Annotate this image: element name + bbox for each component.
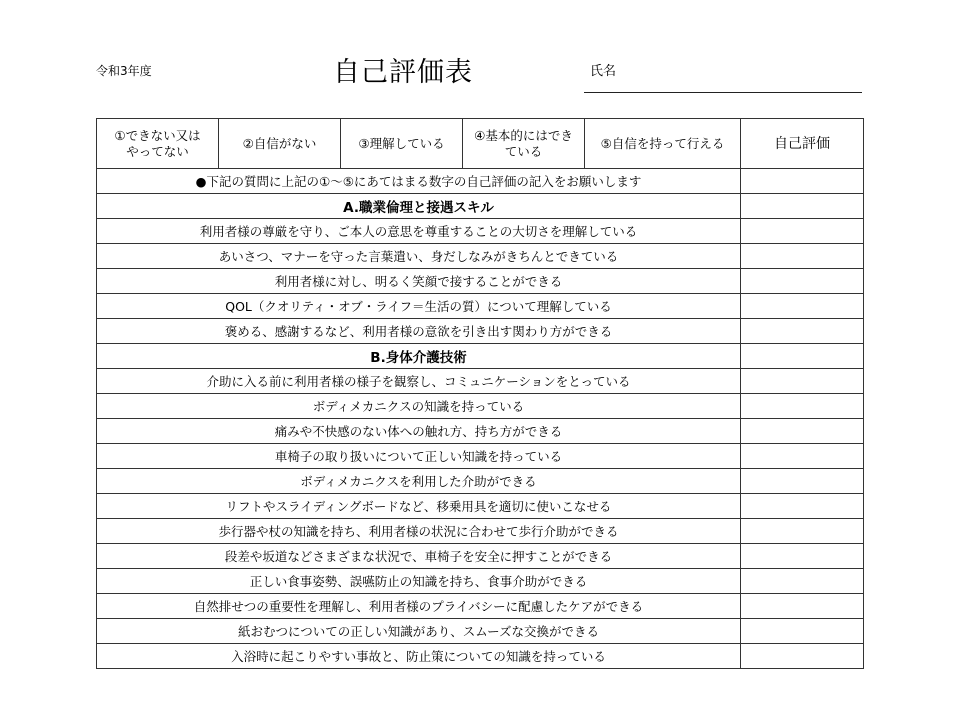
self-evaluation-table: ①できない又はやってない ②自信がない ③理解している ④基本的にはできている … <box>96 118 864 669</box>
name-label: 氏名 <box>590 60 616 79</box>
fiscal-year-label: 令和3年度 <box>96 62 152 79</box>
question-row: 利用者様の尊厳を守り、ご本人の意思を尊重することの大切さを理解している <box>97 219 864 244</box>
question-text: 褒める、感謝するなど、利用者様の意欲を引き出す関わり方ができる <box>97 319 741 344</box>
section-eval-cell <box>741 344 864 369</box>
question-row: 褒める、感謝するなど、利用者様の意欲を引き出す関わり方ができる <box>97 319 864 344</box>
scale-header-row: ①できない又はやってない ②自信がない ③理解している ④基本的にはできている … <box>97 119 864 169</box>
self-evaluation-input[interactable] <box>741 319 864 344</box>
question-row: あいさつ、マナーを守った言葉遣い、身だしなみがきちんとできている <box>97 244 864 269</box>
question-text: 歩行器や杖の知識を持ち、利用者様の状況に合わせて歩行介助ができる <box>97 519 741 544</box>
question-row: 段差や坂道などさまざまな状況で、車椅子を安全に押すことができる <box>97 544 864 569</box>
section-title: A.職業倫理と接遇スキル <box>97 194 741 219</box>
section-header-row: A.職業倫理と接遇スキル <box>97 194 864 219</box>
instruction-eval-cell <box>741 169 864 194</box>
question-row: ボディメカニクスを利用した介助ができる <box>97 469 864 494</box>
instruction-text: ●下記の質問に上記の①～⑤にあてはまる数字の自己評価の記入をお願いします <box>97 169 741 194</box>
question-text: 段差や坂道などさまざまな状況で、車椅子を安全に押すことができる <box>97 544 741 569</box>
page-title: 自己評価表 <box>333 50 473 89</box>
question-text: 入浴時に起こりやすい事故と、防止策についての知識を持っている <box>97 644 741 669</box>
question-text: あいさつ、マナーを守った言葉遣い、身だしなみがきちんとできている <box>97 244 741 269</box>
self-evaluation-input[interactable] <box>741 444 864 469</box>
scale-5: ⑤自信を持って行える <box>585 119 741 169</box>
question-row: 歩行器や杖の知識を持ち、利用者様の状況に合わせて歩行介助ができる <box>97 519 864 544</box>
question-row: 自然排せつの重要性を理解し、利用者様のプライバシーに配慮したケアができる <box>97 594 864 619</box>
self-evaluation-input[interactable] <box>741 494 864 519</box>
question-row: 正しい食事姿勢、誤嚥防止の知識を持ち、食事介助ができる <box>97 569 864 594</box>
scale-3: ③理解している <box>341 119 463 169</box>
question-text: リフトやスライディングボードなど、移乗用具を適切に使いこなせる <box>97 494 741 519</box>
self-evaluation-input[interactable] <box>741 394 864 419</box>
question-row: リフトやスライディングボードなど、移乗用具を適切に使いこなせる <box>97 494 864 519</box>
scale-2: ②自信がない <box>219 119 341 169</box>
self-evaluation-input[interactable] <box>741 519 864 544</box>
self-evaluation-input[interactable] <box>741 219 864 244</box>
self-evaluation-input[interactable] <box>741 594 864 619</box>
section-title: B.身体介護技術 <box>97 344 741 369</box>
question-text: 利用者様の尊厳を守り、ご本人の意思を尊重することの大切さを理解している <box>97 219 741 244</box>
self-evaluation-input[interactable] <box>741 244 864 269</box>
section-eval-cell <box>741 194 864 219</box>
self-evaluation-input[interactable] <box>741 419 864 444</box>
question-text: 自然排せつの重要性を理解し、利用者様のプライバシーに配慮したケアができる <box>97 594 741 619</box>
scale-1: ①できない又はやってない <box>97 119 219 169</box>
self-evaluation-header: 自己評価 <box>741 119 864 169</box>
question-text: 介助に入る前に利用者様の様子を観察し、コミュニケーションをとっている <box>97 369 741 394</box>
question-text: 紙おむつについての正しい知識があり、スムーズな交換ができる <box>97 619 741 644</box>
question-text: ボディメカニクスを利用した介助ができる <box>97 469 741 494</box>
question-text: 車椅子の取り扱いについて正しい知識を持っている <box>97 444 741 469</box>
name-input-line[interactable] <box>584 92 862 93</box>
question-row: 痛みや不快感のない体への触れ方、持ち方ができる <box>97 419 864 444</box>
scale-4: ④基本的にはできている <box>463 119 585 169</box>
question-row: 入浴時に起こりやすい事故と、防止策についての知識を持っている <box>97 644 864 669</box>
self-evaluation-input[interactable] <box>741 469 864 494</box>
instruction-row: ●下記の質問に上記の①～⑤にあてはまる数字の自己評価の記入をお願いします <box>97 169 864 194</box>
question-row: 車椅子の取り扱いについて正しい知識を持っている <box>97 444 864 469</box>
question-text: 正しい食事姿勢、誤嚥防止の知識を持ち、食事介助ができる <box>97 569 741 594</box>
section-header-row: B.身体介護技術 <box>97 344 864 369</box>
question-row: QOL（クオリティ・オブ・ライフ＝生活の質）について理解している <box>97 294 864 319</box>
self-evaluation-input[interactable] <box>741 294 864 319</box>
self-evaluation-input[interactable] <box>741 369 864 394</box>
self-evaluation-input[interactable] <box>741 619 864 644</box>
question-text: 痛みや不快感のない体への触れ方、持ち方ができる <box>97 419 741 444</box>
question-row: 紙おむつについての正しい知識があり、スムーズな交換ができる <box>97 619 864 644</box>
question-text: QOL（クオリティ・オブ・ライフ＝生活の質）について理解している <box>97 294 741 319</box>
question-text: 利用者様に対し、明るく笑顔で接することができる <box>97 269 741 294</box>
self-evaluation-input[interactable] <box>741 269 864 294</box>
question-row: 利用者様に対し、明るく笑顔で接することができる <box>97 269 864 294</box>
self-evaluation-input[interactable] <box>741 644 864 669</box>
self-evaluation-input[interactable] <box>741 544 864 569</box>
question-row: ボディメカニクスの知識を持っている <box>97 394 864 419</box>
self-evaluation-input[interactable] <box>741 569 864 594</box>
question-row: 介助に入る前に利用者様の様子を観察し、コミュニケーションをとっている <box>97 369 864 394</box>
question-text: ボディメカニクスの知識を持っている <box>97 394 741 419</box>
